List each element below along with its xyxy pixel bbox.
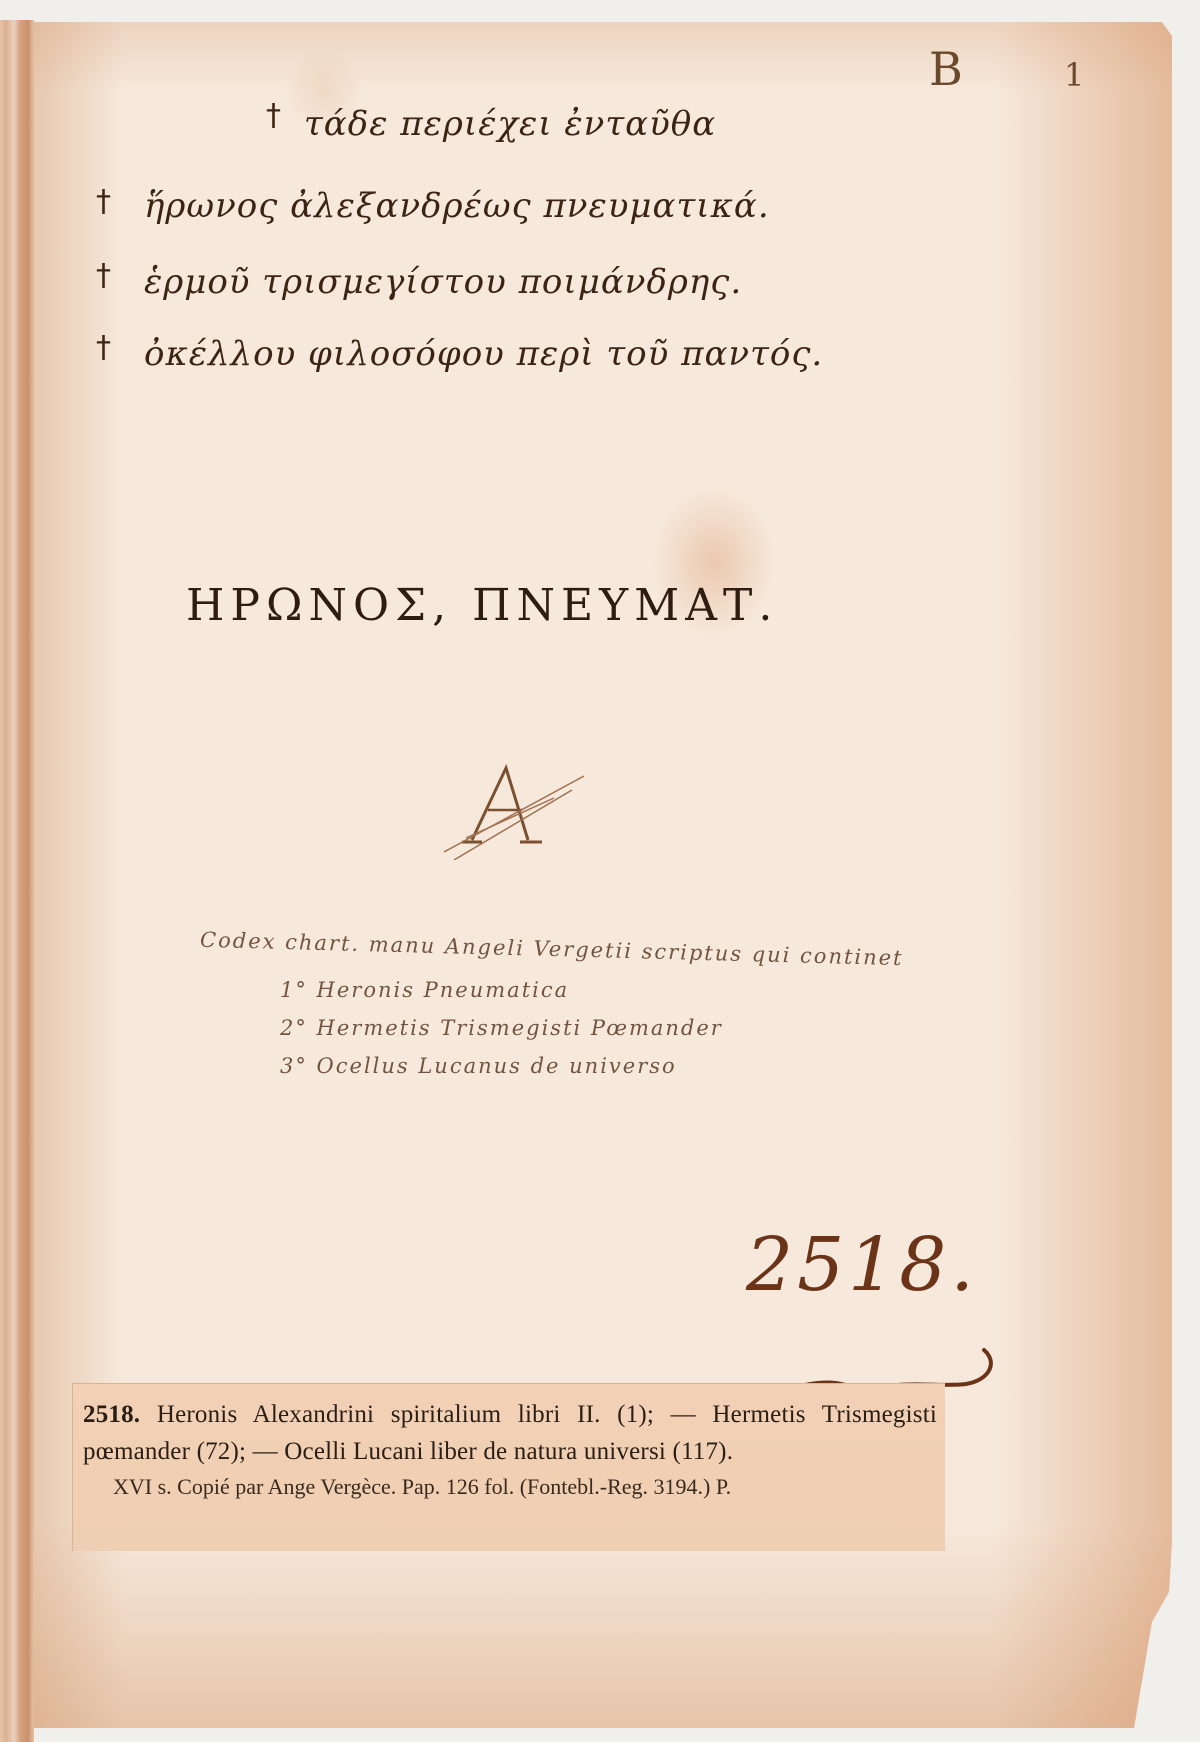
binding-edge xyxy=(0,20,34,1742)
catalog-description: Heronis Alexandrini spiritalium libri II… xyxy=(83,1401,937,1465)
latin-line-1: Codex chart. manu Angeli Vergetii script… xyxy=(200,928,904,970)
greek-heading: τάδε περιέχει ἐνταῦθα xyxy=(304,104,716,144)
latin-line-4: 3° Ocellus Lucanus de universo xyxy=(280,1054,677,1078)
greek-item-2: ἑρμοῦ τρισμεγίστου ποιμάνδρης. xyxy=(144,262,742,302)
cross-marker: † xyxy=(96,258,111,293)
greek-item-3: ὀκέλλου φιλοσόφου περὶ τοῦ παντός. xyxy=(144,334,823,374)
cross-marker: † xyxy=(96,330,111,365)
shelf-number: 2518. xyxy=(746,1222,978,1308)
page-title: ΗΡΩΝΟΣ, ΠΝΕΥΜΑΤ. xyxy=(186,580,778,631)
catalog-label-footer: XVI s. Copié par Ange Vergèce. Pap. 126 … xyxy=(83,1470,937,1504)
crossed-a-icon xyxy=(444,760,604,860)
catalog-label: 2518. Heronis Alexandrini spiritalium li… xyxy=(72,1383,945,1551)
corner-numeral-mark: 1 xyxy=(1064,56,1084,94)
catalog-label-main: 2518. Heronis Alexandrini spiritalium li… xyxy=(83,1396,937,1470)
crossed-letter: A xyxy=(444,760,604,860)
cross-marker: † xyxy=(266,98,281,133)
corner-letter-mark: B xyxy=(929,42,963,96)
greek-item-1: ἥρωνος ἀλεξανδρέως πνευματικά. xyxy=(144,186,770,226)
latin-line-2: 1° Heronis Pneumatica xyxy=(280,978,569,1002)
cross-marker: † xyxy=(96,184,111,219)
catalog-number: 2518. xyxy=(83,1401,140,1428)
latin-line-3: 2° Hermetis Trismegisti Pœmander xyxy=(280,1016,723,1040)
